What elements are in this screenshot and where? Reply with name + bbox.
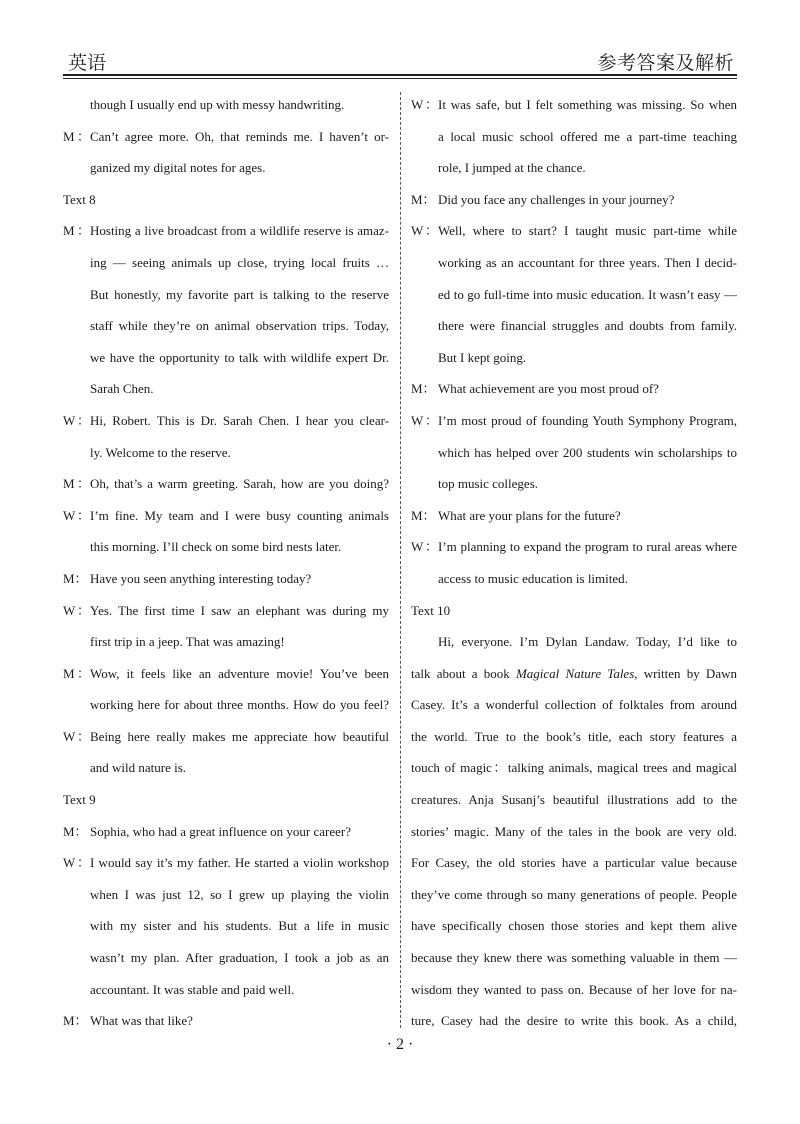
dialogue-continuation: there were financial struggles and doubt… xyxy=(411,310,737,342)
speaker-label: M： xyxy=(63,215,90,247)
header-rule-thick xyxy=(63,74,737,76)
dialogue-continuation: though I usually end up with messy handw… xyxy=(63,89,389,121)
section-heading: Text 8 xyxy=(63,184,389,216)
dialogue-continuation: But I kept going. xyxy=(411,342,737,374)
dialogue-line: W：Being here really makes me appreciate … xyxy=(63,721,389,753)
speaker-label: W： xyxy=(411,531,438,563)
paragraph-line: talk about a book Magical Nature Tales, … xyxy=(411,658,737,690)
speaker-label: M： xyxy=(63,121,90,153)
dialogue-continuation: first trip in a jeep. That was amazing! xyxy=(63,626,389,658)
dialogue-continuation: But honestly, my favorite part is talkin… xyxy=(63,279,389,311)
page-number: · 2 · xyxy=(0,1036,800,1054)
speaker-label: M： xyxy=(63,563,90,595)
dialogue-line: M：Did you face any challenges in your jo… xyxy=(411,184,737,216)
paragraph-line: wisdom they wanted to pass on. Because o… xyxy=(411,974,737,1006)
speaker-label: W： xyxy=(63,721,90,753)
dialogue-line: M：What are your plans for the future? xyxy=(411,500,737,532)
dialogue-line: W：I would say it’s my father. He started… xyxy=(63,847,389,879)
column-divider xyxy=(400,92,401,1028)
paragraph-line: the world. True to the book’s title, eac… xyxy=(411,721,737,753)
dialogue-continuation: ed to go full-time into music education.… xyxy=(411,279,737,311)
header-section-title: 参考答案及解析 xyxy=(597,48,734,75)
paragraph-line: Hi, everyone. I’m Dylan Landaw. Today, I… xyxy=(411,626,737,658)
dialogue-line: M：Have you seen anything interesting tod… xyxy=(63,563,389,595)
dialogue-line: W：Hi, Robert. This is Dr. Sarah Chen. I … xyxy=(63,405,389,437)
dialogue-continuation: we have the opportunity to talk with wil… xyxy=(63,342,389,374)
paragraph-line: because they knew there was something va… xyxy=(411,942,737,974)
speaker-label: M： xyxy=(63,658,90,690)
dialogue-continuation: working here for about three months. How… xyxy=(63,689,389,721)
dialogue-continuation: which has helped over 200 students win s… xyxy=(411,437,737,469)
paragraph-line: creatures. Anja Susanj’s beautiful illus… xyxy=(411,784,737,816)
dialogue-line: M：Oh, that’s a warm greeting. Sarah, how… xyxy=(63,468,389,500)
speaker-label: W： xyxy=(63,595,90,627)
dialogue-continuation: this morning. I’ll check on some bird ne… xyxy=(63,531,389,563)
paragraph-line: have specifically chosen those stories a… xyxy=(411,910,737,942)
speaker-label: M： xyxy=(63,816,90,848)
dialogue-continuation: a local music school offered me a part-t… xyxy=(411,121,737,153)
book-title: Magical Nature Tales xyxy=(516,666,634,681)
dialogue-continuation: ganized my digital notes for ages. xyxy=(63,152,389,184)
speaker-label: W： xyxy=(63,405,90,437)
speaker-label: W： xyxy=(411,215,438,247)
dialogue-continuation: wasn’t my plan. After graduation, I took… xyxy=(63,942,389,974)
paragraph-line: For Casey, the old stories have a partic… xyxy=(411,847,737,879)
dialogue-continuation: when I was just 12, so I grew up playing… xyxy=(63,879,389,911)
section-heading: Text 9 xyxy=(63,784,389,816)
speaker-label: M： xyxy=(411,500,438,532)
speaker-label: W： xyxy=(411,89,438,121)
dialogue-continuation: with my sister and his students. But a l… xyxy=(63,910,389,942)
dialogue-continuation: ly. Welcome to the reserve. xyxy=(63,437,389,469)
dialogue-line: W：I’m planning to expand the program to … xyxy=(411,531,737,563)
speaker-label: M： xyxy=(63,1005,90,1037)
dialogue-line: W：I’m fine. My team and I were busy coun… xyxy=(63,500,389,532)
dialogue-line: M：Hosting a live broadcast from a wildli… xyxy=(63,215,389,247)
speaker-label: M： xyxy=(411,373,438,405)
speaker-label: W： xyxy=(63,500,90,532)
paragraph-line: touch of magic：talking animals, magical … xyxy=(411,752,737,784)
dialogue-line: M：Can’t agree more. Oh, that reminds me.… xyxy=(63,121,389,153)
speaker-label: M： xyxy=(63,468,90,500)
dialogue-line: W：It was safe, but I felt something was … xyxy=(411,89,737,121)
dialogue-line: W：I’m most proud of founding Youth Symph… xyxy=(411,405,737,437)
speaker-label: W： xyxy=(411,405,438,437)
paragraph-line: ture, Casey had the desire to write this… xyxy=(411,1005,737,1037)
dialogue-line: W：Yes. The first time I saw an elephant … xyxy=(63,595,389,627)
dialogue-line: M：What was that like? xyxy=(63,1005,389,1037)
dialogue-continuation: staff while they’re on animal observatio… xyxy=(63,310,389,342)
header-subject: 英语 xyxy=(68,48,106,75)
left-column: though I usually end up with messy handw… xyxy=(63,89,389,1037)
speaker-label: M： xyxy=(411,184,438,216)
speaker-label: W： xyxy=(63,847,90,879)
dialogue-continuation: Sarah Chen. xyxy=(63,373,389,405)
dialogue-continuation: working as an accountant for three years… xyxy=(411,247,737,279)
dialogue-line: M：Sophia, who had a great influence on y… xyxy=(63,816,389,848)
dialogue-line: M：Wow, it feels like an adventure movie!… xyxy=(63,658,389,690)
dialogue-line: W：Well, where to start? I taught music p… xyxy=(411,215,737,247)
dialogue-continuation: ing — seeing animals up close, trying lo… xyxy=(63,247,389,279)
dialogue-continuation: access to music education is limited. xyxy=(411,563,737,595)
paragraph-line: they’ve come through so many generations… xyxy=(411,879,737,911)
dialogue-continuation: accountant. It was stable and paid well. xyxy=(63,974,389,1006)
section-heading: Text 10 xyxy=(411,595,737,627)
right-column: W：It was safe, but I felt something was … xyxy=(411,89,737,1037)
paragraph-line: stories’ magic. Many of the tales in the… xyxy=(411,816,737,848)
dialogue-continuation: and wild nature is. xyxy=(63,752,389,784)
paragraph-line: Casey. It’s a wonderful collection of fo… xyxy=(411,689,737,721)
dialogue-continuation: role, I jumped at the chance. xyxy=(411,152,737,184)
header-rule-thin xyxy=(63,78,737,79)
dialogue-continuation: top music colleges. xyxy=(411,468,737,500)
dialogue-line: M：What achievement are you most proud of… xyxy=(411,373,737,405)
